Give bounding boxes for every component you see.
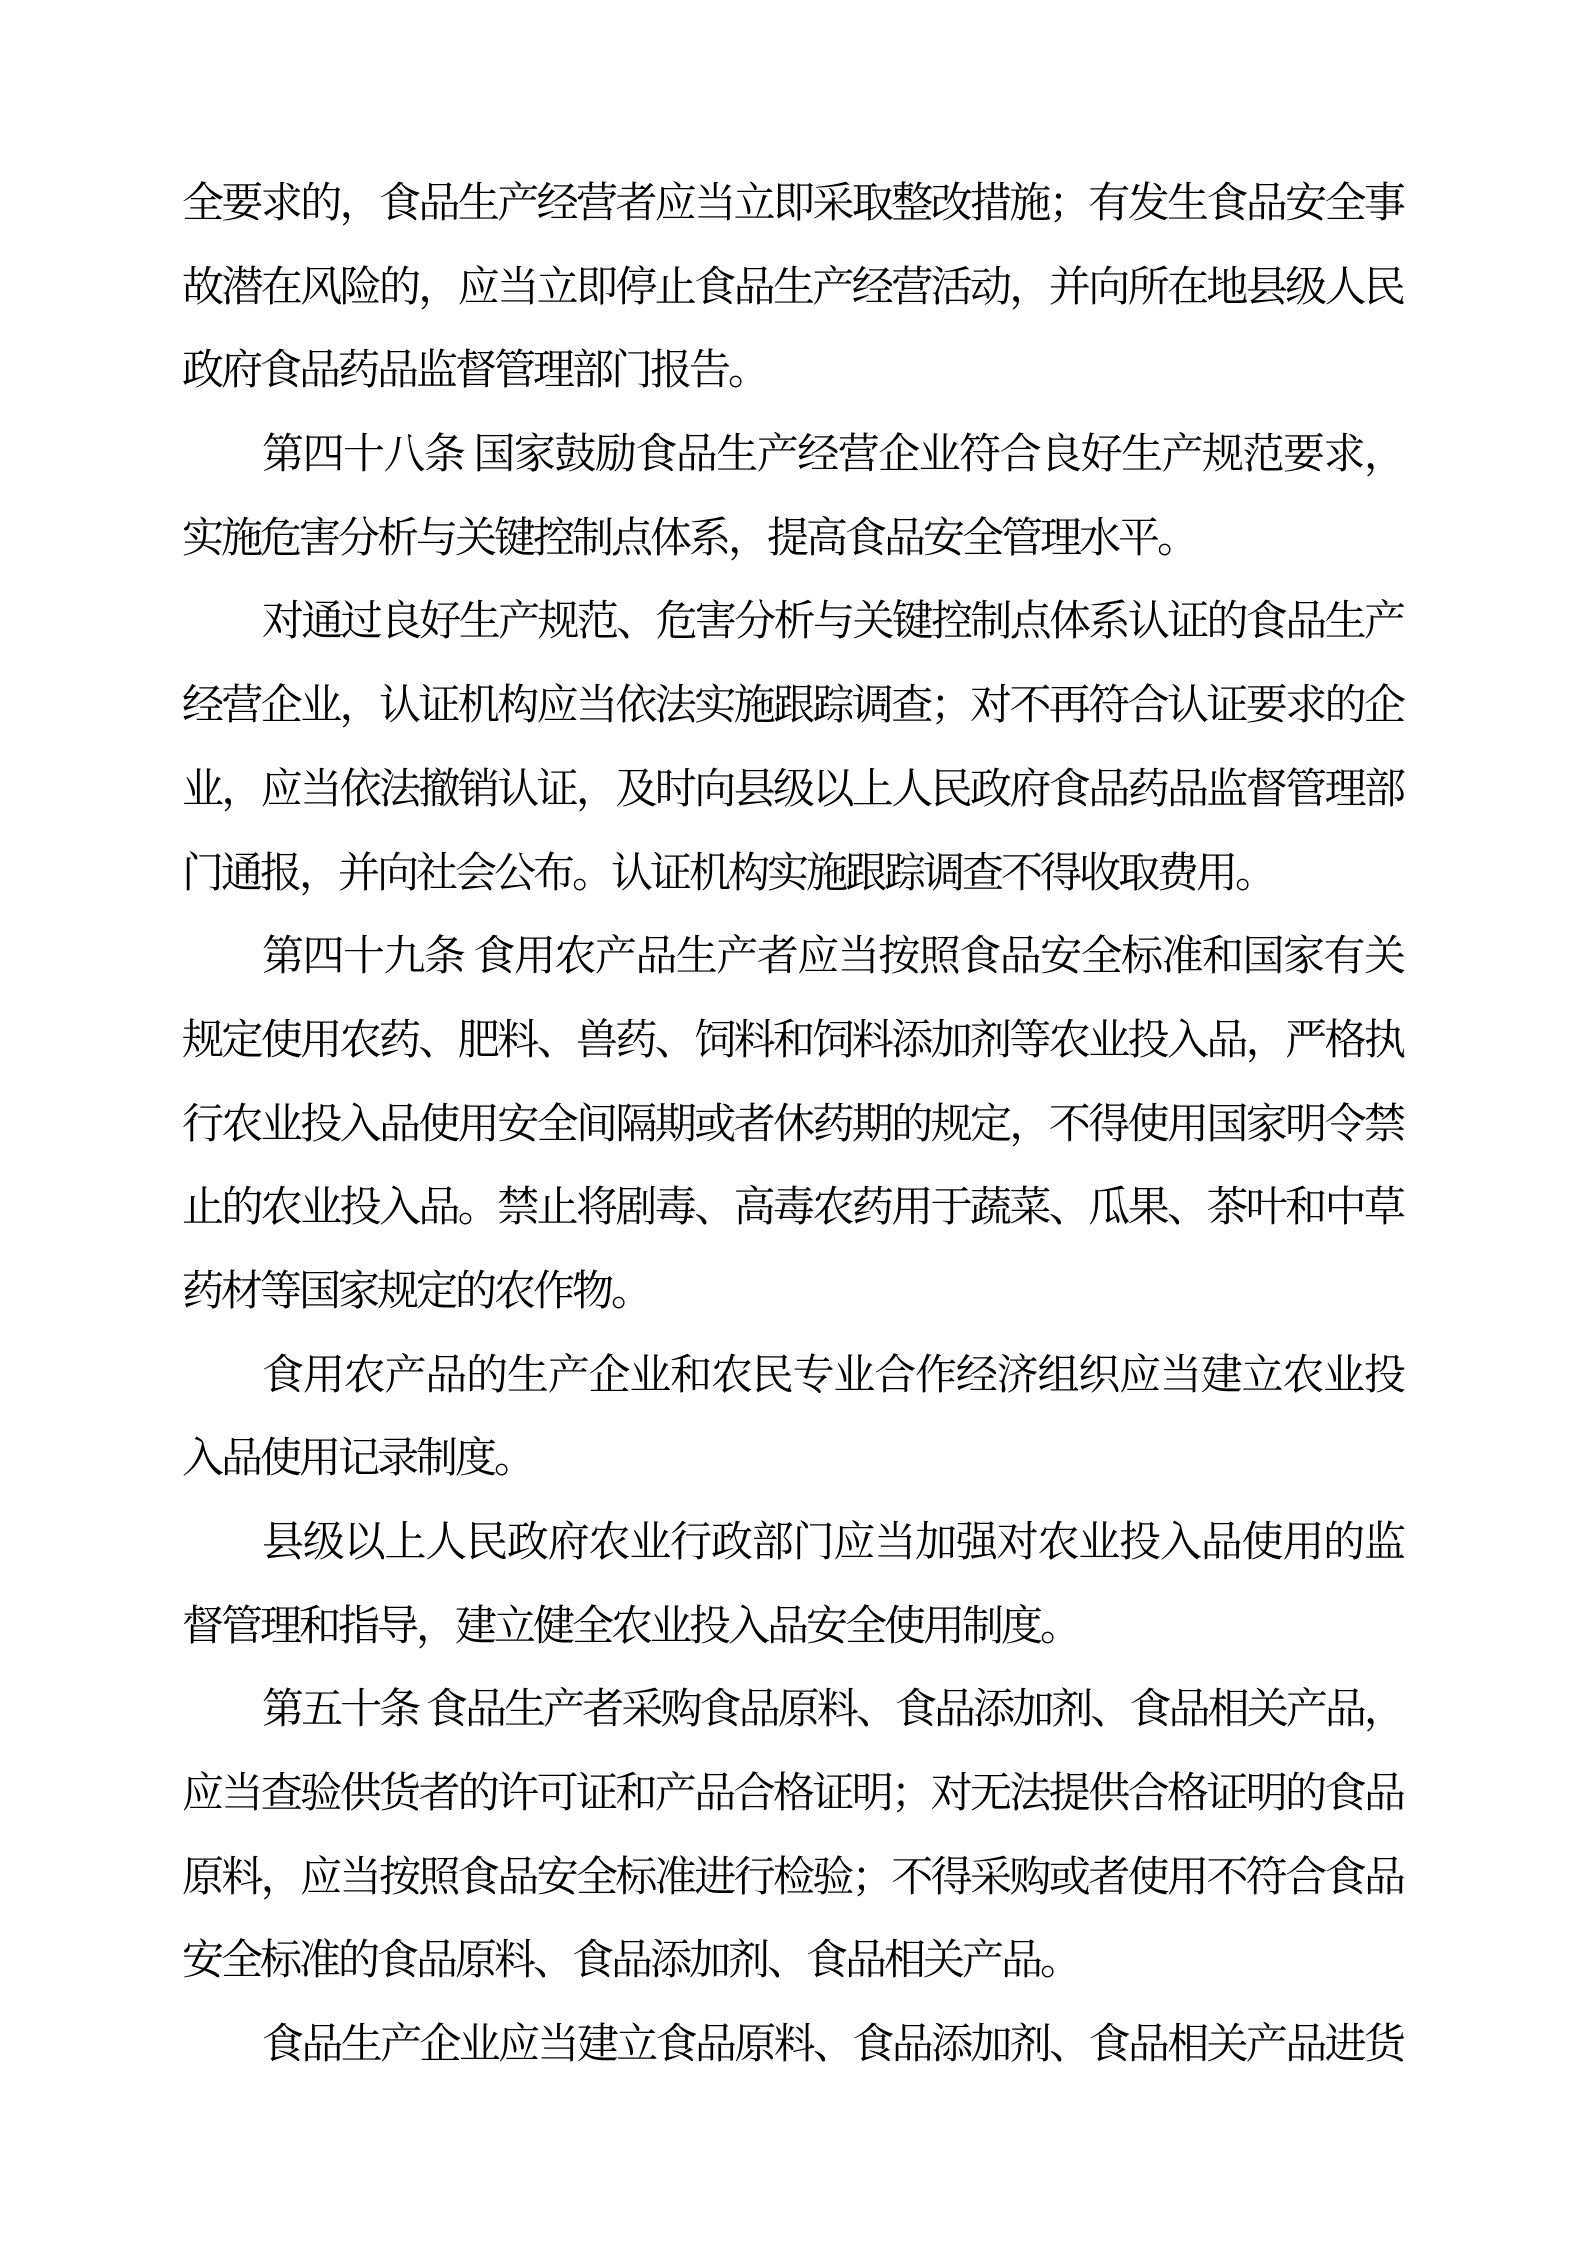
document-line: 规定使用农药、肥料、兽药、饲料和饲料添加剂等农业投入品，严格执	[182, 1000, 1403, 1084]
document-line: 应当查验供货者的许可证和产品合格证明；对无法提供合格证明的食品	[182, 1753, 1403, 1837]
document-line: 食用农产品的生产企业和农民专业合作经济组织应当建立农业投	[182, 1335, 1403, 1419]
document-page: 全要求的，食品生产经营者应当立即采取整改措施；有发生食品安全事 故潜在风险的，应…	[0, 0, 1587, 2245]
document-line: 安全标准的食品原料、食品添加剂、食品相关产品。	[182, 1920, 1403, 2004]
document-line: 对通过良好生产规范、危害分析与关键控制点体系认证的食品生产	[182, 581, 1403, 665]
document-line-article-50: 第五十条 食品生产者采购食品原料、食品添加剂、食品相关产品，	[182, 1669, 1403, 1753]
document-line: 实施危害分析与关键控制点体系，提高食品安全管理水平。	[182, 498, 1403, 582]
document-line: 业，应当依法撤销认证，及时向县级以上人民政府食品药品监督管理部	[182, 749, 1403, 833]
document-line: 原料，应当按照食品安全标准进行检验；不得采购或者使用不符合食品	[182, 1837, 1403, 1921]
document-line: 督管理和指导，建立健全农业投入品安全使用制度。	[182, 1586, 1403, 1670]
document-line: 止的农业投入品。禁止将剧毒、高毒农药用于蔬菜、瓜果、茶叶和中草	[182, 1167, 1403, 1251]
document-line: 门通报，并向社会公布。认证机构实施跟踪调查不得收取费用。	[182, 833, 1403, 917]
document-line: 食品生产企业应当建立食品原料、食品添加剂、食品相关产品进货	[182, 2004, 1403, 2088]
document-line: 全要求的，食品生产经营者应当立即采取整改措施；有发生食品安全事	[182, 163, 1403, 247]
document-line: 经营企业，认证机构应当依法实施跟踪调查；对不再符合认证要求的企	[182, 665, 1403, 749]
document-line: 政府食品药品监督管理部门报告。	[182, 330, 1403, 414]
document-line-article-49: 第四十九条 食用农产品生产者应当按照食品安全标准和国家有关	[182, 916, 1403, 1000]
document-line: 故潜在风险的，应当立即停止食品生产经营活动，并向所在地县级人民	[182, 247, 1403, 331]
document-line: 行农业投入品使用安全间隔期或者休药期的规定，不得使用国家明令禁	[182, 1084, 1403, 1168]
document-line: 入品使用记录制度。	[182, 1418, 1403, 1502]
document-line: 药材等国家规定的农作物。	[182, 1251, 1403, 1335]
document-text-block: 全要求的，食品生产经营者应当立即采取整改措施；有发生食品安全事 故潜在风险的，应…	[182, 163, 1403, 2088]
document-line: 县级以上人民政府农业行政部门应当加强对农业投入品使用的监	[182, 1502, 1403, 1586]
document-line-article-48: 第四十八条 国家鼓励食品生产经营企业符合良好生产规范要求，	[182, 414, 1403, 498]
